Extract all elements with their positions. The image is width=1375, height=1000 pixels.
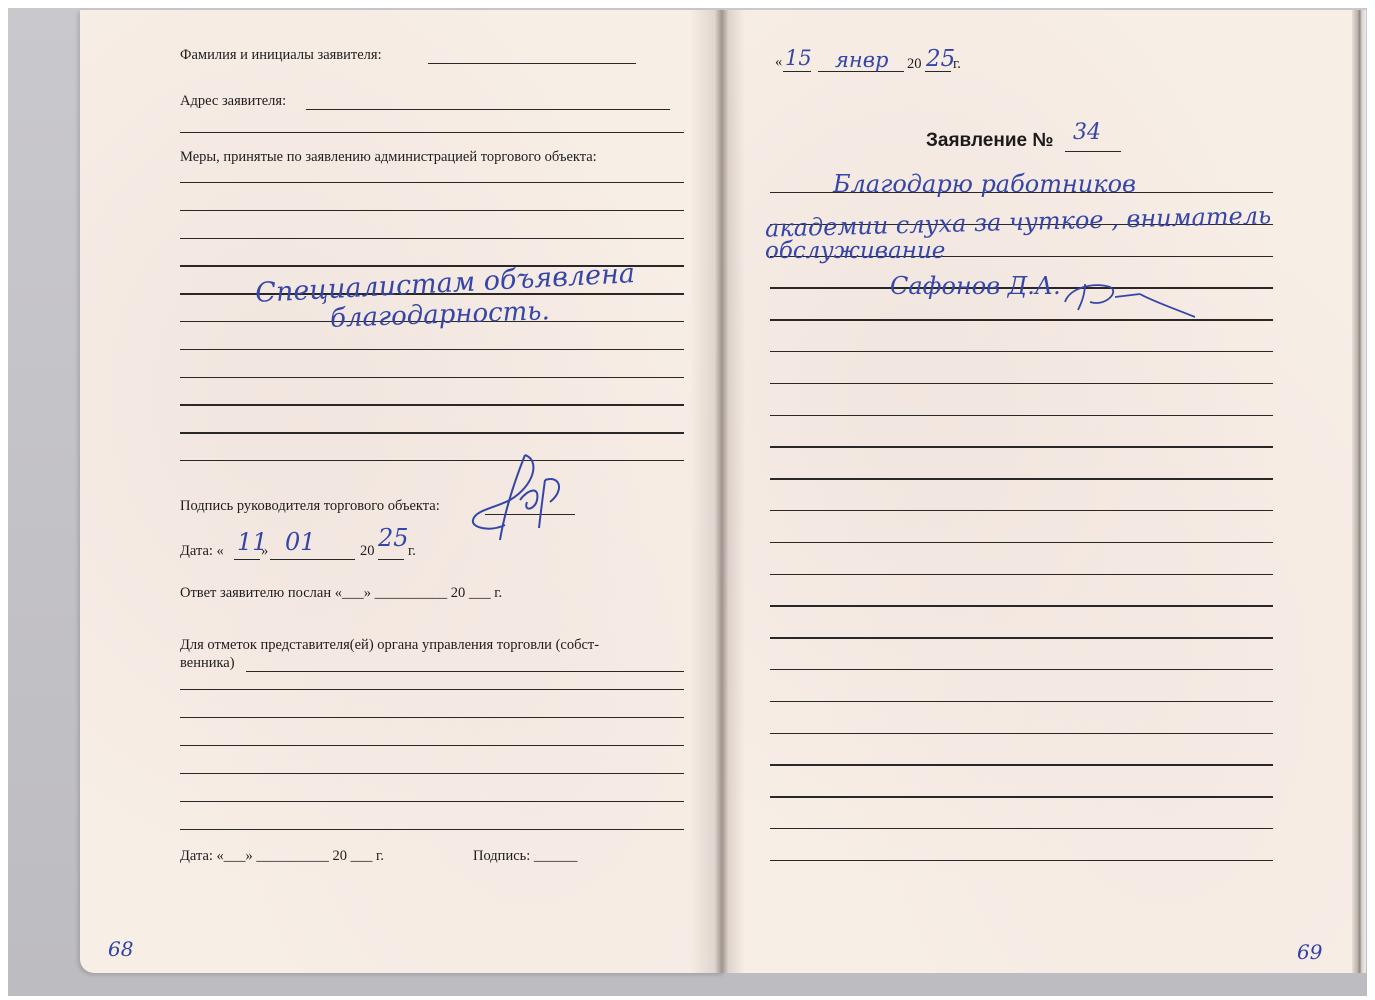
statement-line[interactable]: [770, 383, 1273, 384]
measures-line[interactable]: [180, 404, 684, 405]
left-page: Фамилия и инициалы заявителя: Адрес заяв…: [80, 10, 725, 973]
open-journal: Фамилия и инициалы заявителя: Адрес заяв…: [80, 10, 1368, 973]
authority-line[interactable]: [180, 801, 684, 802]
statement-number-field[interactable]: [1065, 151, 1121, 152]
statement-line[interactable]: [770, 605, 1273, 606]
statement-line[interactable]: [770, 542, 1273, 543]
applicant-address-field[interactable]: [306, 109, 670, 110]
measures-line[interactable]: [180, 349, 684, 350]
authority-line[interactable]: [180, 773, 684, 774]
statement-handwritten-signature-name: Сафонов Д.А.: [890, 272, 1061, 300]
measures-line[interactable]: [180, 210, 684, 211]
applicant-address-field-line2[interactable]: [180, 132, 684, 133]
authority-line[interactable]: [180, 689, 684, 690]
date-close-quote: »: [261, 543, 268, 560]
statement-line[interactable]: [770, 351, 1273, 352]
statement-line[interactable]: [770, 669, 1273, 670]
applicant-signature-mark: [1060, 272, 1200, 322]
page-stack-edge: [1352, 10, 1366, 973]
applicant-address-label: Адрес заявителя:: [180, 93, 286, 110]
statement-line[interactable]: [770, 637, 1273, 638]
right-date-year-unit: г.: [953, 56, 961, 73]
statement-line[interactable]: [770, 828, 1273, 829]
date-month-value: 01: [285, 528, 316, 556]
date-label: Дата: «: [180, 543, 224, 560]
statement-line[interactable]: [770, 796, 1273, 797]
authority-line[interactable]: [180, 829, 684, 830]
statement-handwritten-line1: Благодарю работников: [833, 170, 1136, 198]
right-page: « 15 янвр 20 25 г. Заявление № 34 Благод…: [725, 10, 1353, 973]
authority-label-line1: Для отметок представителя(ей) органа упр…: [180, 637, 599, 654]
authority-label-line2: венника): [180, 655, 235, 672]
measures-line[interactable]: [180, 377, 684, 378]
date-year-unit: г.: [408, 543, 416, 560]
authority-field[interactable]: [246, 671, 684, 672]
authority-line[interactable]: [180, 717, 684, 718]
right-date-year-prefix: 20: [907, 56, 922, 73]
statement-line[interactable]: [770, 860, 1273, 861]
right-page-number: 69: [1297, 940, 1322, 964]
right-date-day-value: 15: [785, 46, 812, 70]
statement-line[interactable]: [770, 764, 1273, 765]
measures-label: Меры, принятые по заявлению администраци…: [180, 149, 597, 166]
statement-line[interactable]: [770, 446, 1273, 447]
statement-line[interactable]: [770, 415, 1273, 416]
date-day-field[interactable]: [234, 559, 260, 560]
right-date-month-value: янвр: [835, 48, 888, 72]
date-year-field[interactable]: [378, 559, 404, 560]
date-month-field[interactable]: [270, 559, 355, 560]
footer-signature-label: Подпись: ______: [473, 848, 577, 865]
book-spine: [690, 10, 745, 973]
reply-sent-label: Ответ заявителю послан «___» __________ …: [180, 585, 502, 602]
left-page-number: 68: [108, 937, 133, 961]
statement-line[interactable]: [770, 701, 1273, 702]
manager-signature-mark: [465, 450, 575, 545]
date-year-prefix: 20: [360, 543, 375, 560]
statement-line[interactable]: [770, 510, 1273, 511]
statement-handwritten-line2: академии слуха за чуткое , вниматель: [765, 201, 1272, 242]
authority-line[interactable]: [180, 745, 684, 746]
statement-line[interactable]: [770, 574, 1273, 575]
right-date-day-field[interactable]: [783, 71, 811, 72]
right-date-year-value: 25: [926, 46, 955, 72]
statement-handwritten-line3: обслуживание: [765, 238, 945, 264]
statement-line[interactable]: [770, 478, 1273, 479]
measures-handwritten-line2: благодарность.: [330, 296, 551, 334]
statement-heading: Заявление №: [926, 130, 1054, 152]
statement-number: 34: [1073, 120, 1101, 145]
manager-signature-label: Подпись руководителя торгового объекта:: [180, 498, 440, 515]
measures-line[interactable]: [180, 182, 684, 183]
statement-line[interactable]: [770, 733, 1273, 734]
measures-line[interactable]: [180, 432, 684, 433]
right-date-open-quote: «: [775, 54, 782, 71]
date-year-value: 25: [378, 524, 409, 552]
measures-line[interactable]: [180, 460, 684, 461]
measures-line[interactable]: [180, 238, 684, 239]
applicant-name-field[interactable]: [428, 63, 636, 64]
footer-date-label: Дата: «___» __________ 20 ___ г.: [180, 848, 384, 865]
applicant-name-label: Фамилия и инициалы заявителя:: [180, 47, 382, 64]
